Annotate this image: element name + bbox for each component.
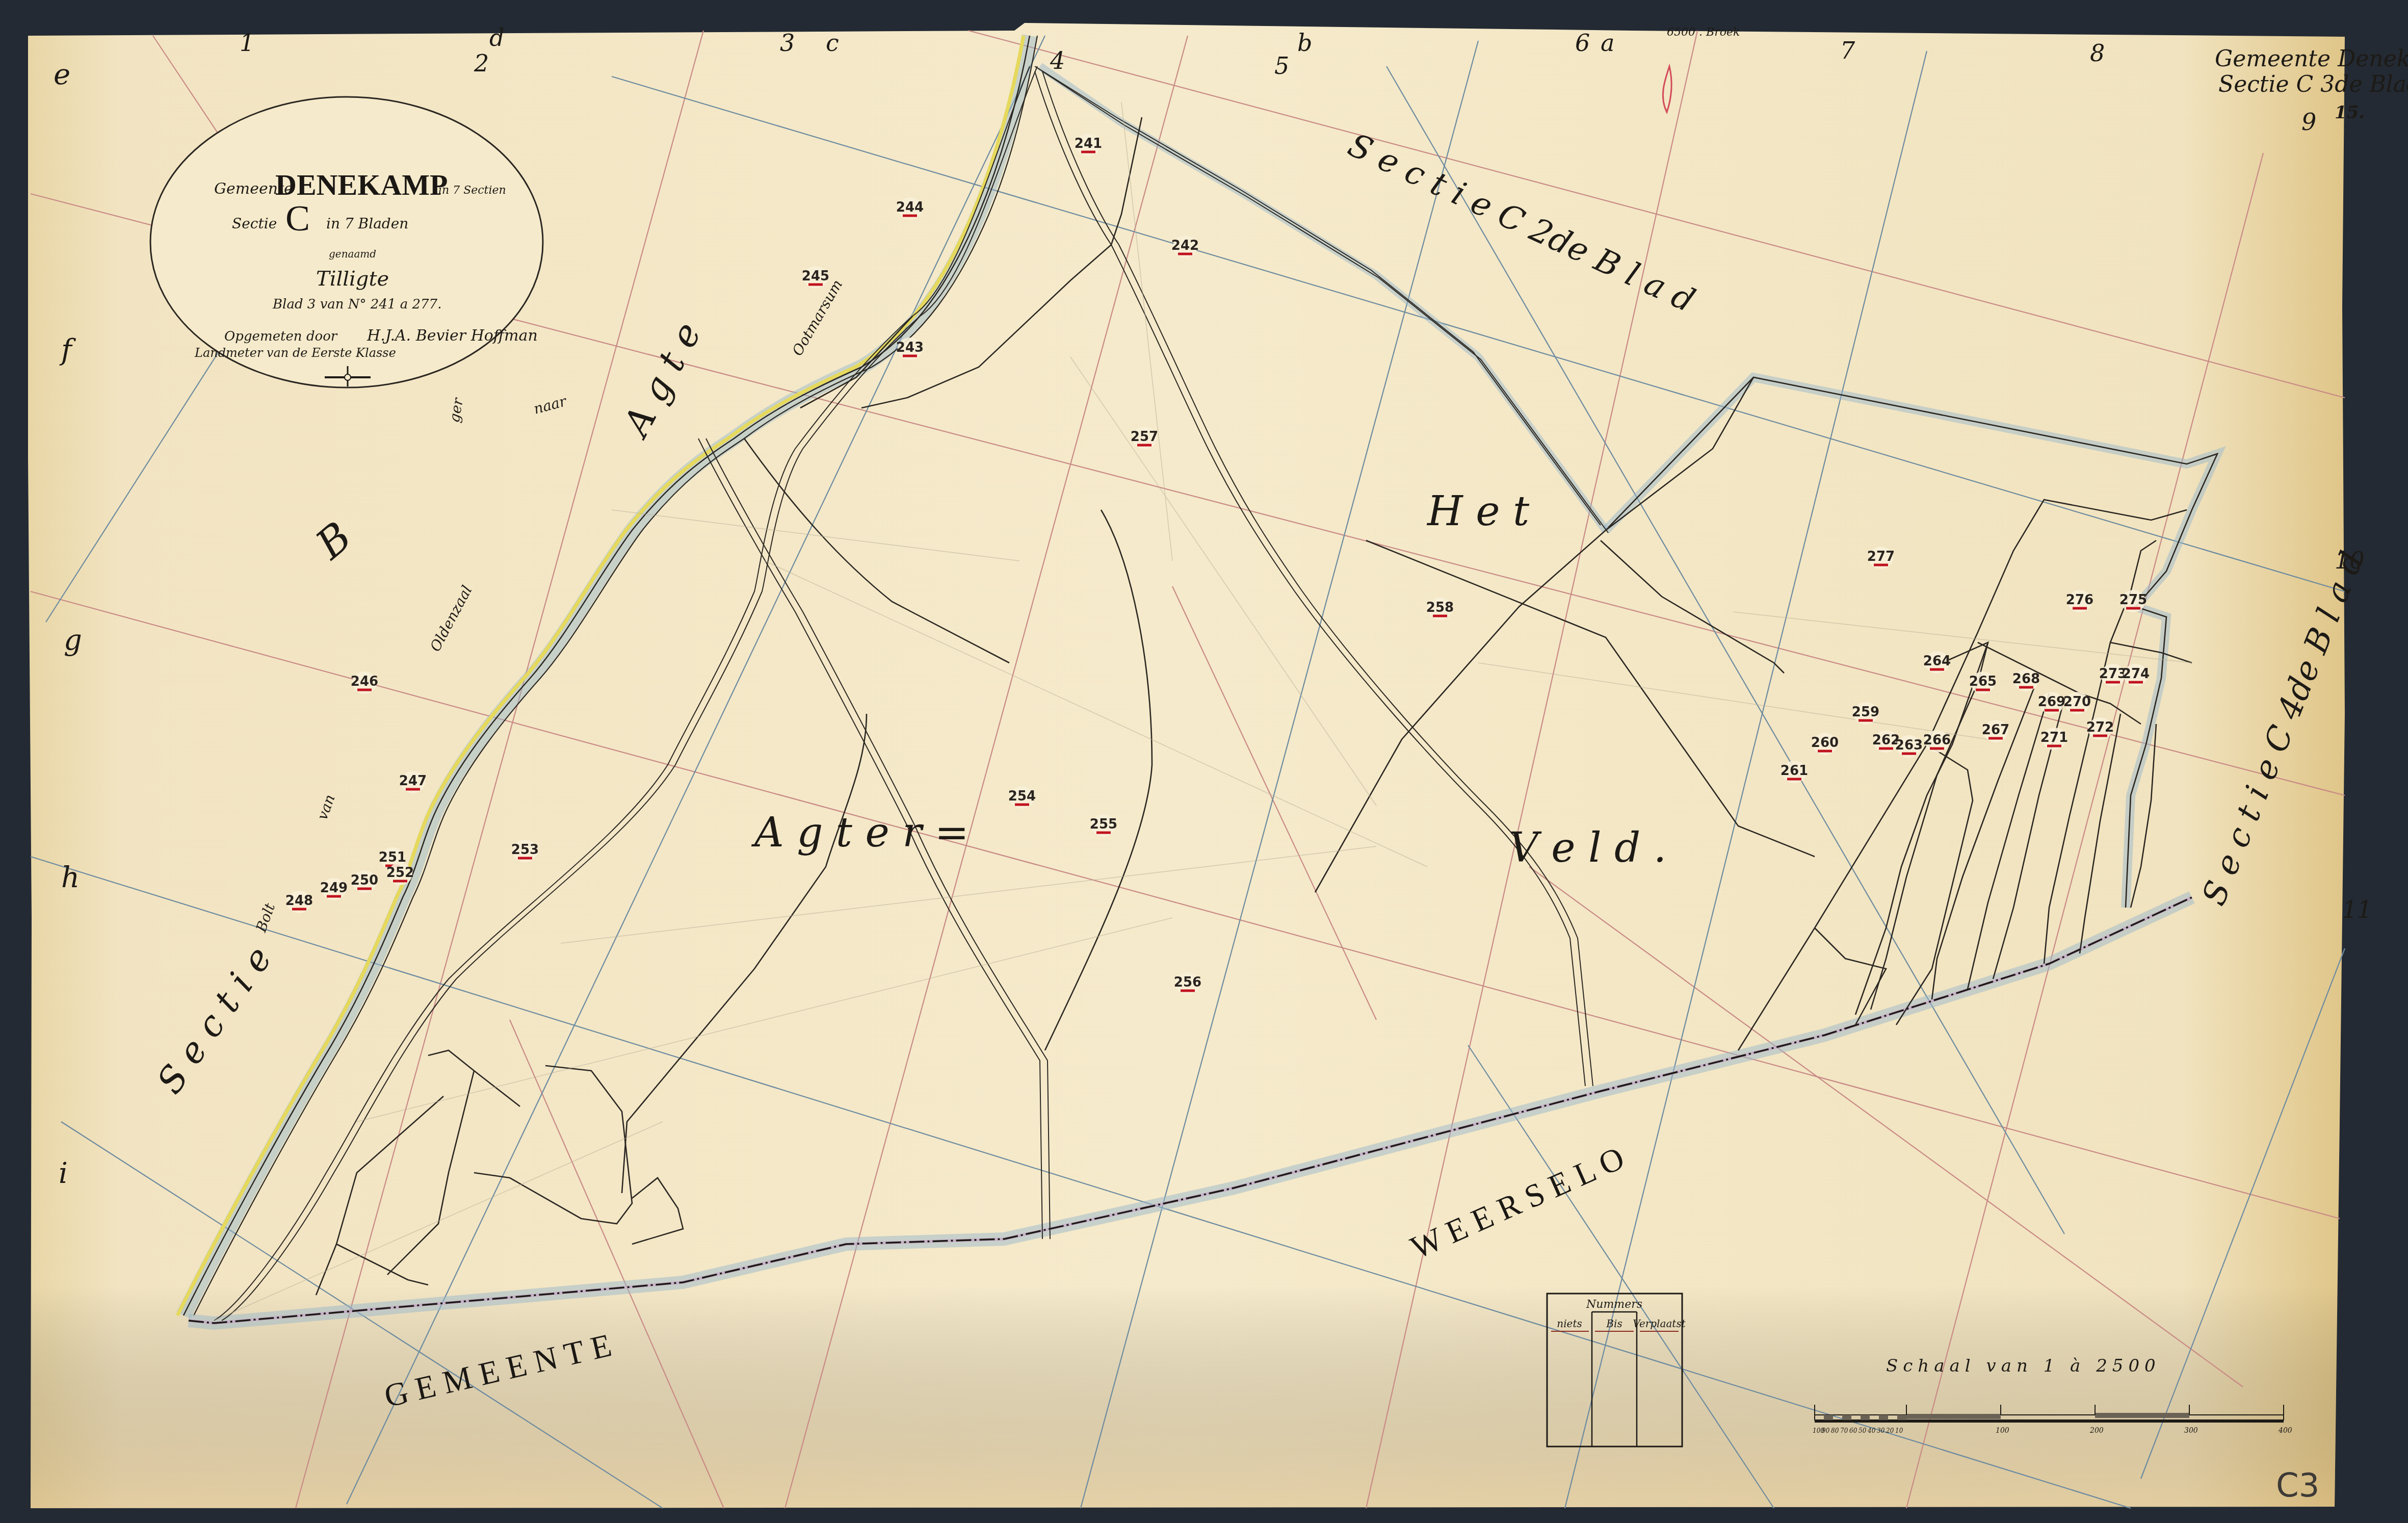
parcel-number: 259 [1852,705,1879,720]
grid-column-marker: 1 [240,29,254,57]
scale-tick-label: 70 [1840,1427,1848,1434]
parcel-number: 253 [511,842,539,858]
title-sectie-label: Sectie [232,215,277,232]
region-label-veld: V e l d . [1509,824,1666,871]
parcel-number: 265 [1969,674,1997,689]
surveyor-signature: H.J.A. Bevier Hoffman [367,327,538,345]
grid-column-marker: 4 [1050,47,1065,74]
title-gemeente-name: DENEKAMP [275,168,448,201]
parcel-number: 268 [2012,672,2040,687]
parcel-number: 254 [1008,789,1036,804]
grid-column-marker: 8 [2090,39,2105,67]
grid-column-marker: 5 [1274,52,1289,80]
parcel-number: 276 [2066,592,2093,608]
parcel-number: 243 [896,340,924,355]
title-bladen-note: in 7 Bladen [326,215,408,232]
parcel-number: 275 [2119,592,2147,608]
title-sectie-letter: C [285,198,310,239]
title-surveyor-title: Landmeter van de Eerste Klasse [194,346,396,360]
scale-tick-label: 300 [2184,1427,2198,1435]
grid-row-marker: h [61,861,80,894]
nummers-col-verplaatst: Verplaatst [1633,1318,1686,1330]
scale-tick-label: 80 [1831,1427,1839,1434]
scale-tick-label: 20 [1886,1427,1894,1434]
nummers-col-bis: Bis [1606,1318,1622,1330]
title-cartouche: Gemeente DENEKAMP in 7 Sectien Sectie C … [150,97,543,388]
parcel-number: 264 [1923,654,1951,669]
parcel-number: 274 [2122,666,2150,682]
scale-tick-label: 50 [1859,1427,1867,1434]
sheet-code: C3 [2276,1467,2319,1505]
title-blad-line: Blad 3 van N° 241 a 277. [272,297,441,312]
grid-row-marker: e [54,58,70,91]
grid-column-marker: 9 [2301,108,2316,136]
scale-title: Schaal van 1 à 2500 [1886,1356,2161,1376]
grid-column-marker: b [1297,29,1312,57]
grid-column-marker: 3 [780,29,795,57]
scale-tick-label: 100 [1996,1427,2009,1435]
region-label-agter-veld-1: A g t e r = [751,809,969,856]
cadastral-map: Gemeente DENEKAMP in 7 Sectien Sectie C … [0,0,2408,1523]
scale-tick-label: 400 [2278,1427,2292,1435]
title-surveyed-by: Opgemeten door [224,329,338,344]
grid-column-marker: c [826,29,839,57]
top-annotation: 6500 . Broek [1667,26,1740,39]
parcel-number: 242 [1171,238,1199,253]
grid-column-marker: d [489,24,504,51]
parcel-number: 246 [351,674,378,689]
parcel-number: 277 [1867,549,1895,564]
parcel-number: 247 [399,773,427,789]
corner-label-line2: Sectie C 3de Blad [2218,71,2408,97]
parcel-number: 271 [2040,730,2068,745]
scale-tick-label: 30 [1877,1427,1885,1434]
nummers-title: Nummers [1586,1298,1642,1311]
parcel-number: 266 [1923,733,1951,748]
parcel-number: 257 [1131,429,1158,445]
grid-column-marker: 2 [474,49,489,77]
corner-label-line1: Gemeente Denekamp [2215,46,2408,72]
grid-column-marker: 11 [2342,896,2372,923]
region-label-het: H e t [1426,487,1530,535]
parcel-number: 269 [2038,694,2065,710]
grid-row-marker: g [64,624,82,657]
title-genaamd: genaamd [329,248,376,260]
scale-tick-label: 200 [2089,1427,2104,1435]
parcel-number: 261 [1781,763,1808,779]
parcel-number: 248 [285,893,313,909]
grid-column-marker: 6 [1575,29,1590,57]
parcel-number: 249 [320,881,348,896]
parcel-number: 244 [896,200,924,215]
corner-label-number: 15. [2335,102,2365,123]
parcel-number: 272 [2086,720,2114,735]
parcel-number: 260 [1811,735,1839,751]
nummers-col-niets: niets [1557,1318,1582,1330]
parcel-number: 250 [351,873,378,888]
map-sheet: Gemeente DENEKAMP in 7 Sectien Sectie C … [0,0,2408,1523]
grid-row-marker: i [59,1157,68,1190]
parcel-number: 245 [802,269,829,284]
scale-tick-label: 60 [1849,1427,1857,1434]
parcel-number: 256 [1174,975,1201,990]
title-sections-note: in 7 Sectien [438,184,506,197]
parcel-number: 252 [386,865,414,881]
parcel-number: 270 [2063,694,2091,710]
grid-column-marker: a [1601,29,1614,57]
parcel-number: 263 [1895,738,1923,753]
scale-tick-label: 10 [1895,1427,1903,1434]
parcel-number: 267 [1982,722,2009,738]
grid-column-marker: 7 [1840,37,1855,64]
scale-tick-label: 40 [1867,1427,1876,1434]
parcel-number: 258 [1426,600,1454,615]
scale-tick-label: 90 [1822,1427,1830,1434]
parcel-number: 255 [1090,817,1117,832]
parcel-number: 241 [1075,136,1102,151]
title-section-name: Tilligte [316,267,389,291]
